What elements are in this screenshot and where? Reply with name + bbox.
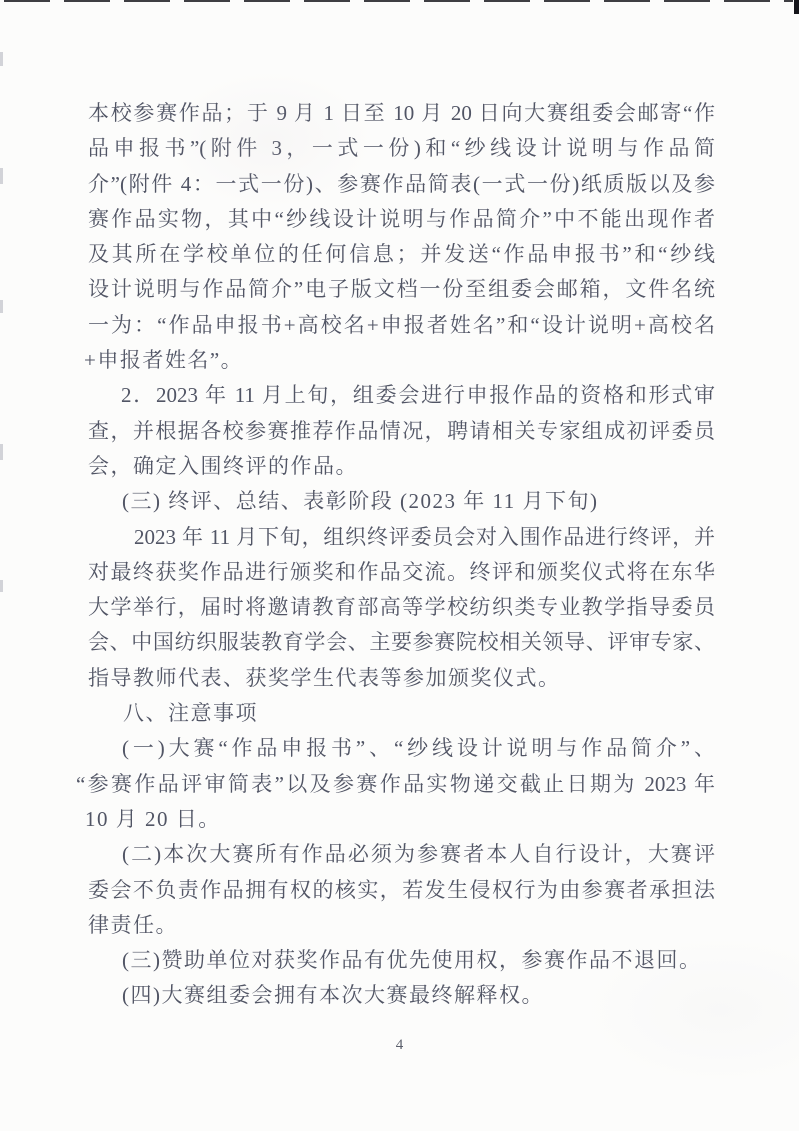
text-line: (一)大赛“作品申报书”、“纱线设计说明与作品简介”、 bbox=[88, 731, 715, 766]
text-line: 赛作品实物，其中“纱线设计说明与作品简介”中不能出现作者 bbox=[88, 202, 715, 237]
text-line: (三) 终评、总结、表彰阶段 (2023 年 11 月下旬) bbox=[88, 484, 715, 519]
text-line: 指导教师代表、获奖学生代表等参加颁奖仪式。 bbox=[88, 661, 715, 696]
text-line: 2．2023 年 11 月上旬，组委会进行申报作品的资格和形式审 bbox=[88, 378, 715, 413]
scan-artifact-left-tick bbox=[0, 52, 3, 66]
text-line: 设计说明与作品简介”电子版文档一份至组委会邮箱，文件名统 bbox=[88, 272, 715, 307]
text-line: 对最终获奖作品进行颁奖和作品交流。终评和颁奖仪式将在东华 bbox=[88, 555, 715, 590]
document-page: 本校参赛作品；于 9 月 1 日至 10 月 20 日向大赛组委会邮寄“作品申报… bbox=[0, 0, 799, 1131]
text-line: 品申报书”(附件 3，一式一份)和“纱线设计说明与作品简 bbox=[88, 131, 715, 166]
scan-artifact-corner-mark bbox=[794, 0, 799, 14]
text-line: 大学举行，届时将邀请教育部高等学校纺织类专业教学指导委员 bbox=[88, 590, 715, 625]
page-text: 本校参赛作品；于 9 月 1 日至 10 月 20 日向大赛组委会邮寄“作品申报… bbox=[88, 96, 715, 1014]
page-number: 4 bbox=[0, 1037, 799, 1054]
text-line: (三)赞助单位对获奖作品有优先使用权，参赛作品不退回。 bbox=[88, 943, 715, 978]
text-line: 介”(附件 4：一式一份)、参赛作品简表(一式一份)纸质版以及参 bbox=[88, 167, 715, 202]
text-line: 查，并根据各校参赛推荐作品情况，聘请相关专家组成初评委员 bbox=[88, 414, 715, 449]
scan-artifact-left-tick bbox=[0, 580, 3, 592]
text-line: 及其所在学校单位的任何信息；并发送“作品申报书”和“纱线 bbox=[88, 237, 715, 272]
text-line: 八、注意事项 bbox=[88, 696, 715, 731]
text-line: +申报者姓名”。 bbox=[84, 343, 715, 378]
text-line: 10 月 20 日。 bbox=[85, 802, 715, 837]
scan-artifact-top-edge bbox=[4, 0, 793, 2]
text-line: 一为：“作品申报书+高校名+申报者姓名”和“设计说明+高校名 bbox=[88, 308, 715, 343]
text-line: 会，确定入围终评的作品。 bbox=[88, 449, 715, 484]
scan-artifact-left-tick bbox=[0, 168, 3, 184]
text-line: “参赛作品评审简表”以及参赛作品实物递交截止日期为 2023 年 bbox=[76, 767, 715, 802]
scan-artifact-left-tick bbox=[0, 300, 3, 313]
text-line: 2023 年 11 月下旬，组织终评委员会对入围作品进行终评，并 bbox=[88, 520, 715, 555]
text-line: (二)本次大赛所有作品必须为参赛者本人自行设计，大赛评 bbox=[88, 837, 715, 872]
text-line: 会、中国纺织服装教育学会、主要参赛院校相关领导、评审专家、 bbox=[88, 625, 715, 660]
scan-artifact-left-tick bbox=[0, 444, 3, 460]
text-line: 本校参赛作品；于 9 月 1 日至 10 月 20 日向大赛组委会邮寄“作 bbox=[88, 96, 715, 131]
text-line: (四)大赛组委会拥有本次大赛最终解释权。 bbox=[88, 978, 715, 1013]
text-line: 委会不负责作品拥有权的核实，若发生侵权行为由参赛者承担法 bbox=[88, 873, 715, 908]
text-line: 律责任。 bbox=[88, 908, 715, 943]
